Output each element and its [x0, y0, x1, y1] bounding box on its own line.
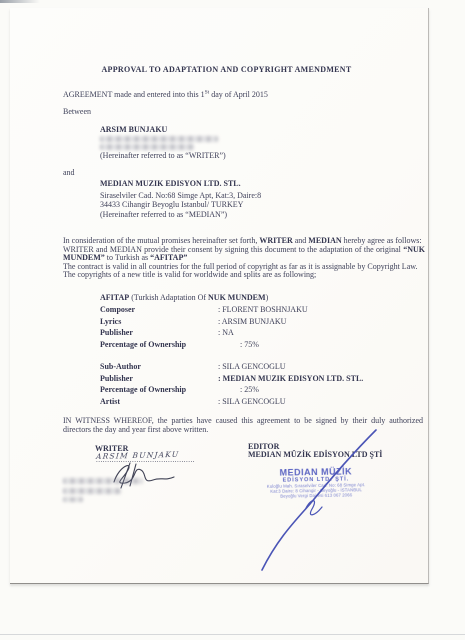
splits-header-end: )	[266, 293, 269, 302]
table-row: Artist : SILA GENCOGLU	[100, 398, 400, 407]
sub-author-label: Sub-Author	[100, 363, 218, 372]
ownership-pct-label: Percentage of Ownership	[100, 341, 218, 350]
consent-paragraph: WRITER and MEDIAN provide their consent …	[63, 246, 425, 263]
publisher2-label: Publisher	[100, 375, 218, 384]
redacted-note-line-3	[63, 497, 83, 502]
publisher-label: Publisher	[100, 329, 218, 338]
writer-party-block: ARSIM BUNJAKU (Hereinafter referred to a…	[100, 126, 400, 161]
sub-author-value: : SILA GENCOGLU	[218, 363, 286, 372]
writer-name: ARSIM BUNJAKU	[100, 126, 400, 135]
agreement-body: In consideration of the mutual promises …	[63, 237, 425, 280]
table-row: Publisher : MEDIAN MUZIK EDISYON LTD. ST…	[100, 375, 400, 384]
redacted-note-line-2	[63, 488, 121, 494]
agreement-date-pre: AGREEMENT made and entered into this 1	[63, 90, 205, 99]
artist-label: Artist	[100, 398, 218, 407]
artist-value: : SILA GENCOGLU	[218, 398, 286, 407]
splits-title: AFITAP	[100, 293, 129, 302]
table-row: Publisher : NA	[100, 329, 400, 338]
table-row: Composer : FLORENT BOSHNJAKU	[100, 306, 400, 315]
writer-ink-signature	[106, 460, 180, 490]
median-address-1: Siraselviler Cad. No:68 Simge Apt, Kat:3…	[100, 191, 400, 201]
ownership-pct2-label: Percentage of Ownership	[100, 386, 218, 395]
median-party-block: MEDIAN MUZIK EDISYON LTD. STL. Siraselvi…	[100, 179, 400, 219]
table-row: Sub-Author : SILA GENCOGLU	[100, 363, 400, 372]
adapted-title: “AFITAP”	[150, 253, 187, 262]
document-content: APPROVAL TO ADAPTATION AND COPYRIGHT AME…	[10, 8, 428, 434]
lyrics-value: : ARSIM BUNJAKU	[218, 318, 286, 327]
composer-label: Composer	[100, 306, 218, 315]
splits-header: AFITAP (Turkish Adaptation Of NUK MUNDEM…	[100, 294, 400, 303]
agreement-date-line: AGREEMENT made and entered into this 1St…	[63, 91, 400, 100]
splits-intro-paragraph: The copyrights of a new title is valid f…	[63, 271, 425, 280]
publisher-value: : NA	[218, 329, 234, 338]
between-label: Between	[63, 108, 400, 117]
signature-area: WRITER ARSIM BUNJAKU ...................…	[10, 436, 428, 586]
redacted-writer-address-line-2	[100, 144, 194, 150]
ownership-pct-value: : 75%	[218, 341, 259, 350]
median-alias-note: (Hereinafter referred to as “MEDIAN”)	[100, 210, 400, 220]
ownership-pct2-value: : 25%	[218, 386, 259, 395]
editor-pen-signature	[250, 428, 390, 576]
consent-text-2: to Turkish as	[105, 253, 150, 262]
median-address-2: 34433 Cihangir Beyoglu Istanbul/ TURKEY	[100, 200, 400, 210]
publisher2-value: : MEDIAN MUZIK EDISYON LTD. STL.	[218, 375, 363, 384]
redacted-writer-address-line-1	[100, 136, 218, 142]
scan-corner-artifact	[0, 0, 40, 3]
scanner-bed-edge	[0, 634, 465, 635]
and-label: and	[63, 169, 400, 178]
agreement-date-post: day of April 2015	[209, 90, 268, 99]
redacted-note-line-1	[63, 478, 143, 484]
document-title: APPROVAL TO ADAPTATION AND COPYRIGHT AME…	[53, 66, 400, 75]
lyrics-label: Lyrics	[100, 318, 218, 327]
ownership-splits-table: AFITAP (Turkish Adaptation Of NUK MUNDEM…	[100, 294, 400, 407]
median-name: MEDIAN MUZIK EDISYON LTD. STL.	[100, 179, 400, 189]
splits-original-title: NUK MUNDEM	[208, 293, 266, 302]
table-row: Percentage of Ownership : 75%	[100, 341, 400, 350]
writer-alias-note: (Hereinafter referred to as “WRITER”)	[100, 152, 400, 161]
document-paper: APPROVAL TO ADAPTATION AND COPYRIGHT AME…	[10, 8, 429, 584]
table-row: Lyrics : ARSIM BUNJAKU	[100, 318, 400, 327]
composer-value: : FLORENT BOSHNJAKU	[218, 306, 308, 315]
table-row: Percentage of Ownership : 25%	[100, 386, 400, 395]
splits-header-mid: (Turkish Adaptation Of	[129, 293, 208, 302]
